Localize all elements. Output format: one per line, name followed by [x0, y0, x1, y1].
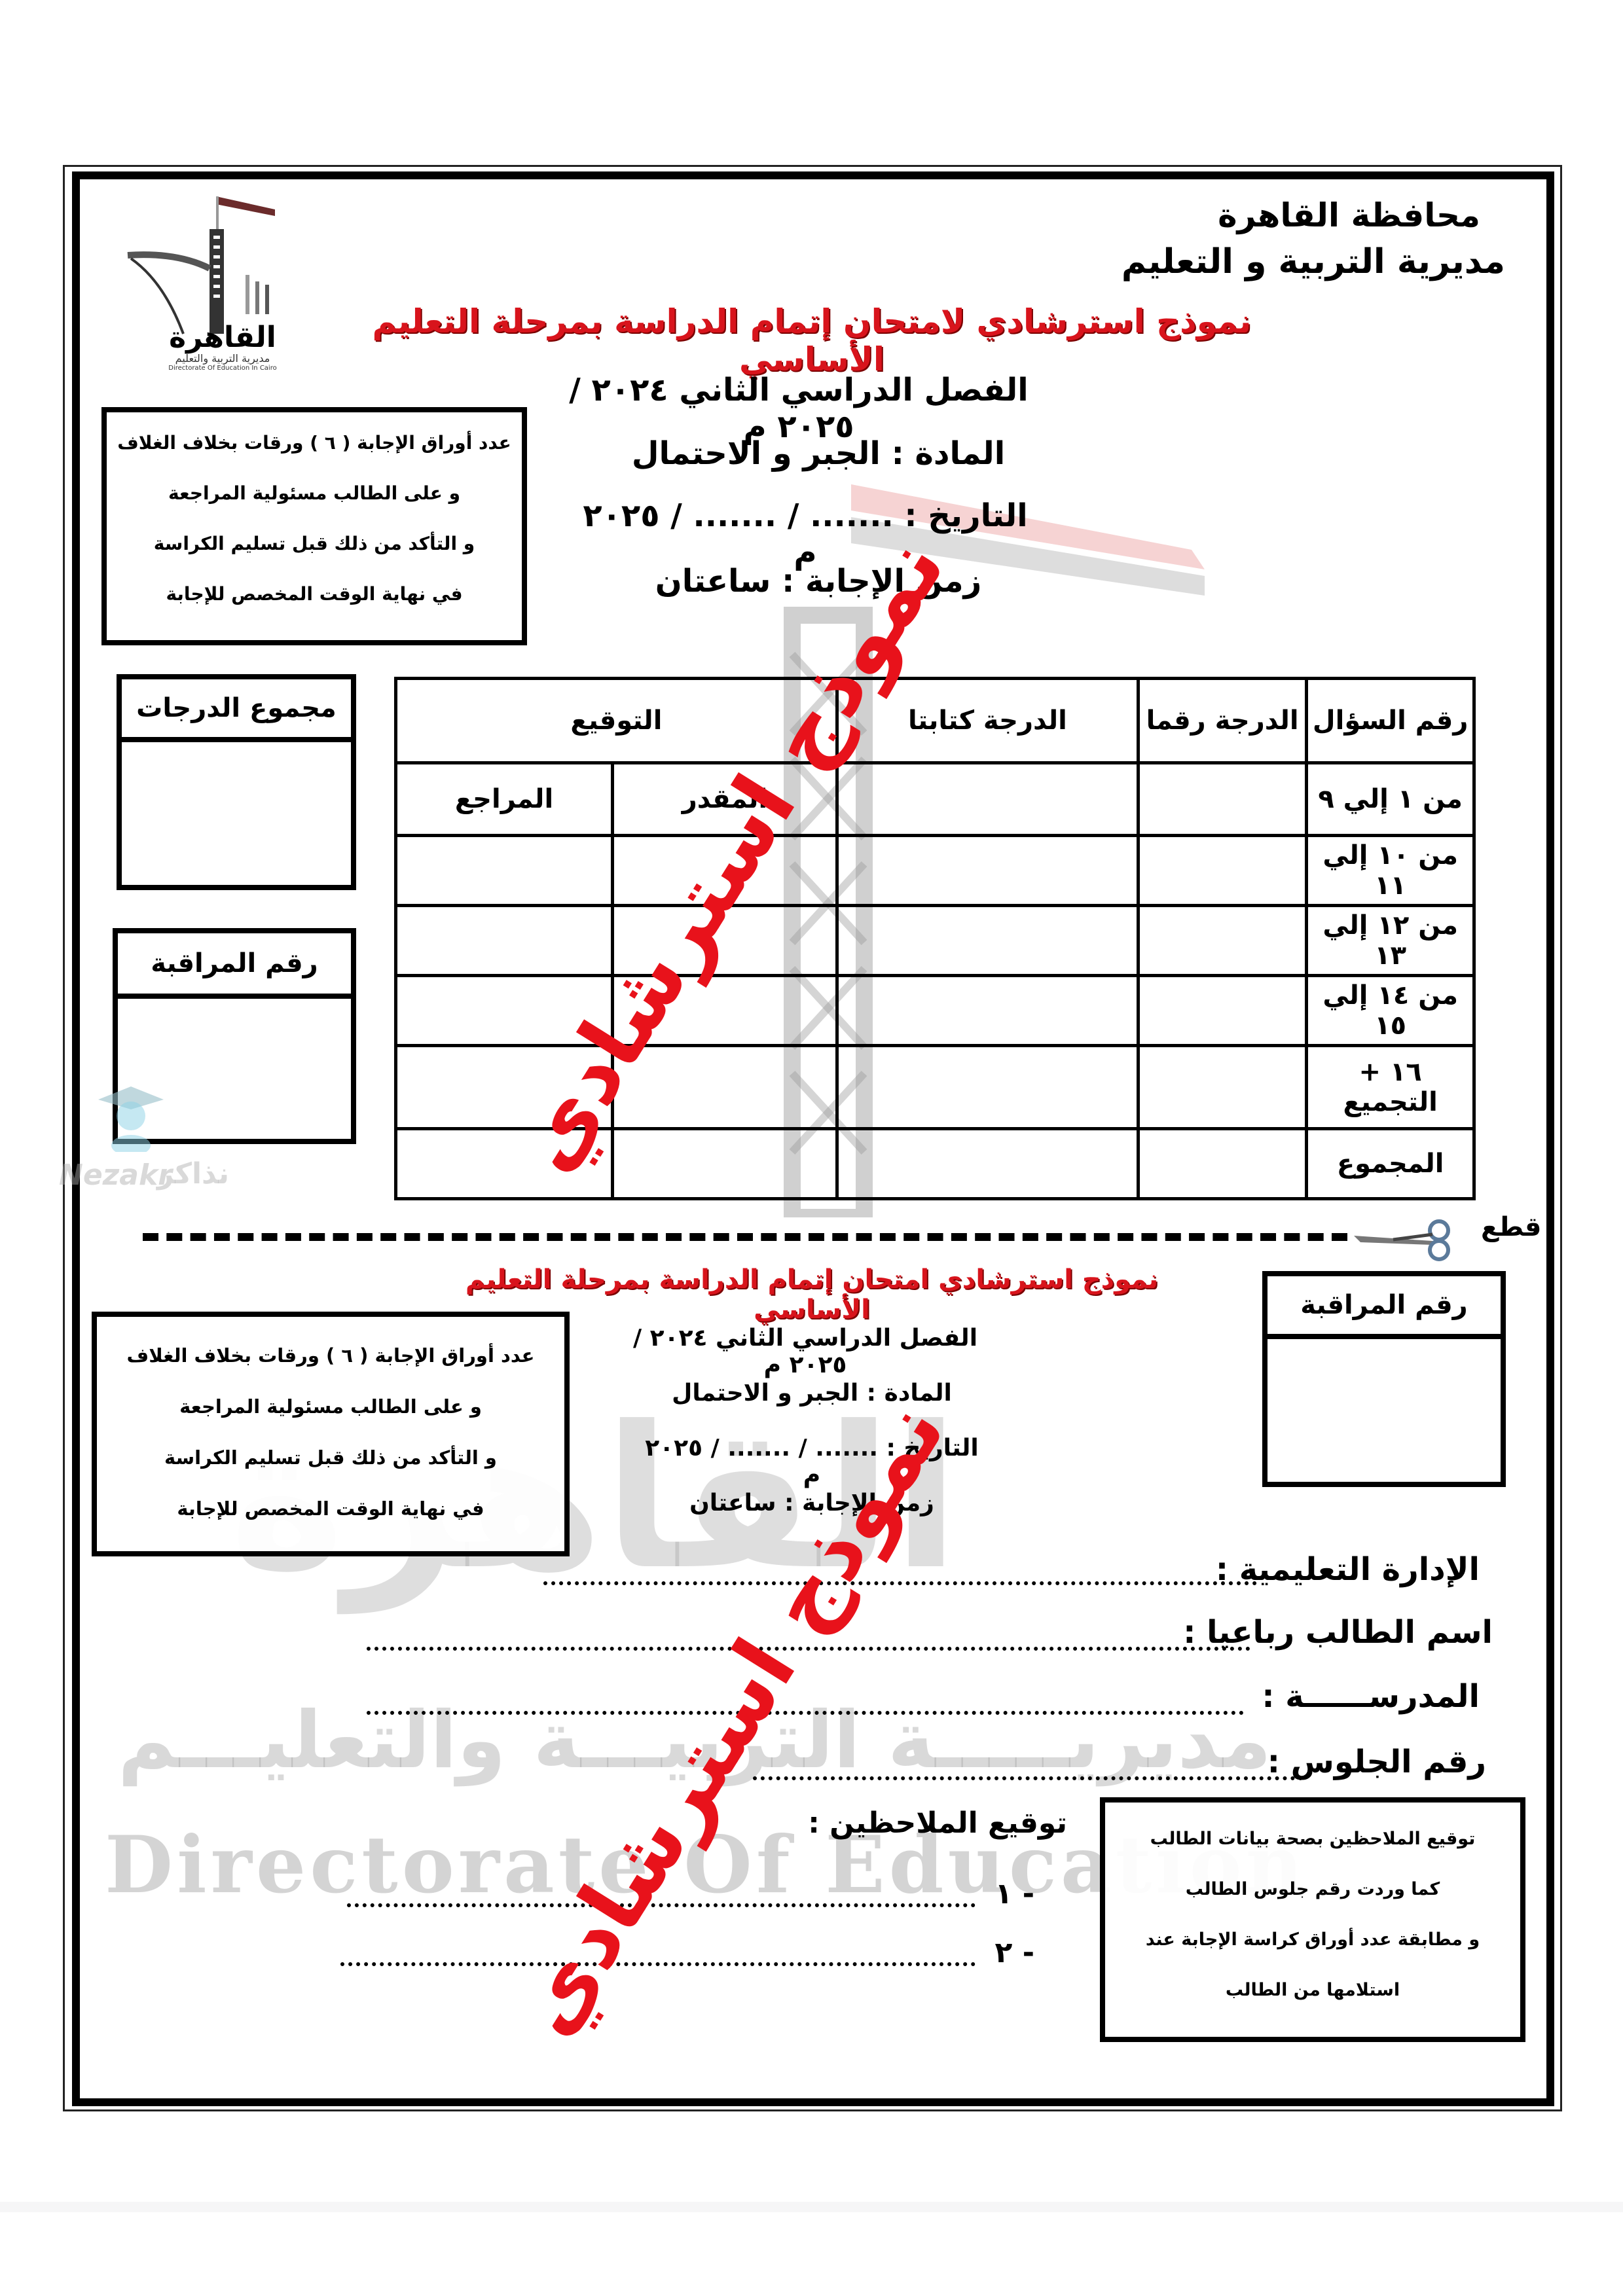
grade-digits-cell[interactable]	[1138, 763, 1306, 836]
row-label: ١٦ + التجميع	[1307, 1045, 1474, 1128]
nezakr-logo-latin: Nezakr	[59, 1158, 172, 1192]
directorate-title: مديرية التربية و التعليم	[1047, 242, 1505, 281]
reviewer-signature-cell[interactable]	[396, 836, 613, 906]
grade-words-cell[interactable]	[837, 1045, 1138, 1128]
row-label: من ١٤ إلي ١٥	[1307, 975, 1474, 1045]
educational-administration-input[interactable]	[543, 1581, 1257, 1585]
reviewer-signature-cell[interactable]	[396, 906, 613, 976]
seat-number-input[interactable]	[753, 1776, 1303, 1780]
note-line: و على الطالب مسئولية المراجعة	[97, 1395, 564, 1418]
logo-subtitle-arabic: مديرية التربية والتعليم	[118, 352, 327, 365]
semester-top: الفصل الدراسي الثاني ٢٠٢٤ / ٢٠٢٥ م	[537, 372, 1061, 445]
note-line: توقيع الملاحظين بصحة بيانات الطالب	[1105, 1829, 1520, 1849]
control-number-input-bottom[interactable]	[1267, 1339, 1501, 1477]
graduate-cap-icon	[92, 1080, 170, 1152]
grade-words-cell[interactable]	[837, 906, 1138, 976]
total-grades-label: مجموع الدرجات	[122, 679, 351, 742]
cairo-tower-logo-icon	[118, 190, 327, 340]
row-label: من ١٠ إلي ١١	[1307, 836, 1474, 906]
invigilator-2-signature-input[interactable]	[340, 1962, 976, 1966]
note-line: استلامها من الطالب	[1105, 1980, 1520, 2000]
date-top[interactable]: التاريخ : ....... / ....... / ٢٠٢٥ م	[576, 497, 1034, 571]
exam-title-top: نموذج استرشادي لامتحان إتمام الدراسة بمر…	[367, 302, 1257, 378]
field-school: المدرســــــة :	[367, 1678, 1480, 1724]
invigilator-line-1: ١ -	[347, 1877, 1034, 1916]
logo-subtitle-english: Directorate Of Education In Cairo	[118, 365, 327, 372]
field-student-name: اسم الطالب رباعيا :	[367, 1614, 1493, 1660]
page-bottom-band	[0, 2202, 1623, 2212]
directorate-logo: القاهرة مديرية التربية والتعليم Director…	[118, 190, 327, 386]
semester-bottom: الفصل الدراسي الثاني ٢٠٢٤ / ٢٠٢٥ م	[602, 1325, 1008, 1378]
cut-label: قطع	[1481, 1212, 1541, 1242]
note-line: و التأكد من ذلك قبل تسليم الكراسة	[97, 1446, 564, 1469]
note-line: كما وردت رقم جلوس الطالب	[1105, 1879, 1520, 1899]
header-reviewer: المراجع	[396, 763, 613, 836]
row-label: المجموع	[1307, 1129, 1474, 1199]
invigilators-label: توقيع الملاحظين :	[805, 1806, 1067, 1840]
field-educational-administration: الإدارة التعليمية :	[543, 1551, 1480, 1597]
invigilator-number: ٢ -	[995, 1936, 1034, 1969]
school-input[interactable]	[367, 1711, 1244, 1715]
subject-top: المادة : الجبر و الاحتمال	[602, 435, 1034, 472]
note-line: عدد أوراق الإجابة ( ٦ ) ورقات بخلاف الغل…	[97, 1344, 564, 1367]
header-question-number: رقم السؤال	[1307, 679, 1474, 763]
nezakr-logo-arabic: نذاكر	[157, 1157, 229, 1191]
row-label: من ١ إلي ٩	[1307, 763, 1474, 836]
note-line: و مطابقة عدد أوراق كراسة الإجابة عند	[1105, 1929, 1520, 1950]
note-line: في نهاية الوقت المخصص للإجابة	[107, 583, 522, 605]
header-grade-digits: الدرجة رقما	[1138, 679, 1306, 763]
control-number-label-top: رقم المراقبة	[118, 933, 351, 999]
grade-words-cell[interactable]	[837, 1129, 1138, 1199]
subject-bottom: المادة : الجبر و الاحتمال	[655, 1380, 969, 1407]
invigilator-number: ١ -	[995, 1877, 1034, 1910]
grade-words-cell[interactable]	[837, 763, 1138, 836]
grade-words-cell[interactable]	[837, 975, 1138, 1045]
nezakr-logo: Nezakr نذاكر	[52, 1080, 236, 1211]
answer-sheets-note-box-top: عدد أوراق الإجابة ( ٦ ) ورقات بخلاف الغل…	[101, 407, 527, 645]
grade-digits-cell[interactable]	[1138, 1129, 1306, 1199]
grade-digits-cell[interactable]	[1138, 836, 1306, 906]
field-label: رقم الجلوس :	[1267, 1744, 1486, 1780]
total-grades-input[interactable]	[122, 742, 351, 880]
governorate-title: محافظة القاهرة	[1087, 196, 1480, 234]
grade-digits-cell[interactable]	[1138, 1045, 1306, 1128]
answer-sheets-note-box-bottom: عدد أوراق الإجابة ( ٦ ) ورقات بخلاف الغل…	[92, 1312, 570, 1556]
grade-words-cell[interactable]	[837, 836, 1138, 906]
note-line: في نهاية الوقت المخصص للإجابة	[97, 1498, 564, 1520]
total-grades-box: مجموع الدرجات	[117, 674, 356, 890]
grade-digits-cell[interactable]	[1138, 975, 1306, 1045]
cut-dashed-line	[143, 1233, 1347, 1241]
note-line: و على الطالب مسئولية المراجعة	[107, 482, 522, 504]
note-line: و التأكد من ذلك قبل تسليم الكراسة	[107, 533, 522, 554]
examiner-signature-cell[interactable]	[613, 1129, 837, 1199]
field-seat-number: رقم الجلوس :	[753, 1744, 1486, 1789]
note-line: عدد أوراق الإجابة ( ٦ ) ورقات بخلاف الغل…	[107, 432, 522, 454]
invigilator-note-box: توقيع الملاحظين بصحة بيانات الطالب كما و…	[1100, 1797, 1525, 2042]
grade-digits-cell[interactable]	[1138, 906, 1306, 976]
invigilator-line-2: ٢ -	[340, 1936, 1034, 1975]
field-label: اسم الطالب رباعيا :	[1183, 1614, 1493, 1651]
row-label: من ١٢ إلي ١٣	[1307, 906, 1474, 976]
scissors-icon	[1354, 1216, 1459, 1262]
field-label: المدرســــــة :	[1262, 1678, 1480, 1715]
control-number-box-bottom: رقم المراقبة	[1262, 1271, 1506, 1487]
control-number-label-bottom: رقم المراقبة	[1267, 1276, 1501, 1339]
